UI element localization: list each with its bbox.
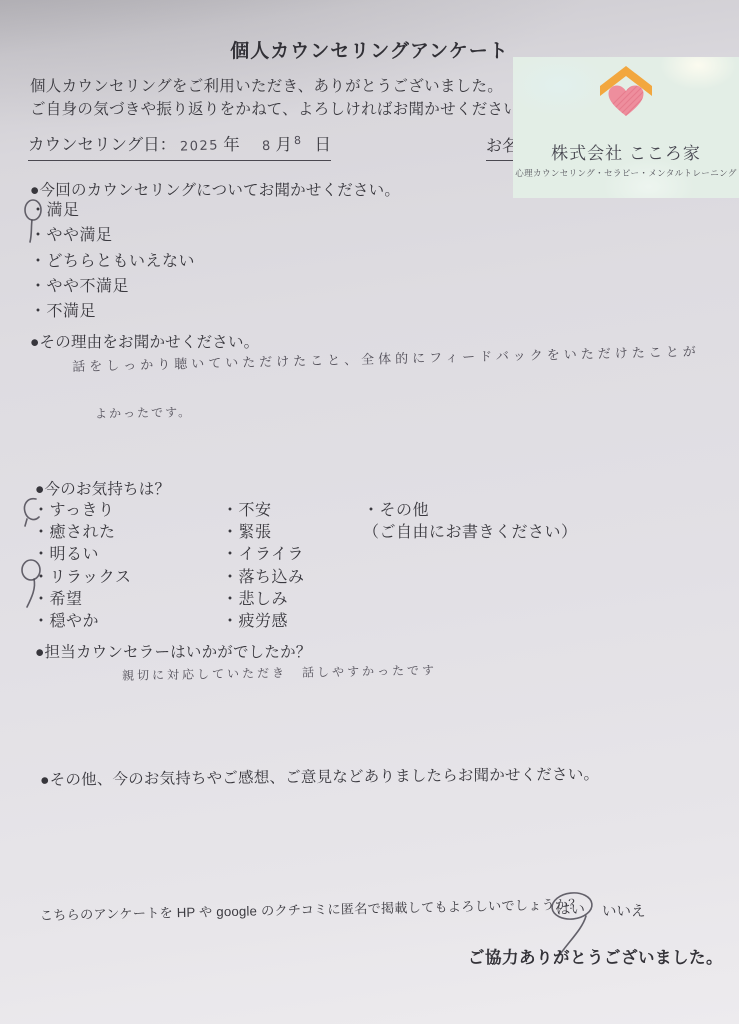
company-tagline: 心理カウンセリング・セラピー・メンタルトレーニング [513,167,739,179]
date-year-unit: 年 [223,131,240,155]
feeling-akarui: ・明るい [33,544,132,566]
feeling-other-label: ・その他 [363,500,578,522]
option-dochira-tomo-ienai: ・どちらともいえない [30,249,195,274]
q-satisfaction-options: ・満足 ・やや満足 ・どちらともいえない ・やや不満足 ・不満足 [30,198,195,324]
publish-permission-question: こちらのアンケートを HP や google のクチコミに匿名で掲載してもよろし… [40,894,582,924]
feeling-sukkiri: ・すっきり [33,500,132,522]
intro-line-2: ご自身の気づきや振り返りをかねて、よろしければお聞かせください。 [30,98,535,121]
handwritten-circle-mark-relax [21,558,47,610]
q-counselor-label: ●担当カウンセラーはいかがでしたか？ [35,640,311,662]
questionnaire-sheet: 個人カウンセリングアンケート 個人カウンセリングをご利用いただき、ありがとうござ… [0,0,739,1024]
handwritten-circle-mark-sukkiri [21,496,47,530]
date-day-unit: 日 [315,131,332,155]
option-manzoku: ・満足 [30,198,195,223]
handwritten-circle-mark-manzoku [22,197,48,245]
intro-text: 個人カウンセリングをご利用いただき、ありがとうございました。 ご自身の気づきや振… [30,75,535,121]
option-fumanzoku: ・不満足 [30,299,195,324]
date-year-value: 2025 [180,138,220,154]
counseling-date-row: カウンセリング日： 2025 年 8 月 8 日 [28,131,331,161]
feeling-free-note: （ご自由にお書きください） [363,522,578,544]
feelings-column-2: ・不安 ・緊張 ・イライラ ・落ち込み ・悲しみ ・疲労感 [222,500,305,633]
feeling-fuan: ・不安 [222,500,305,522]
counselor-answer: 親切に対応していただき 話しやすかったです [122,661,437,683]
counseling-date-label: カウンセリング日： [28,131,176,155]
feeling-iyasareta: ・癒された [33,522,132,544]
option-yaya-manzoku: ・やや満足 [30,223,195,248]
feelings-column-1: ・すっきり ・癒された ・明るい ・リラックス ・希望 ・穏やか [33,500,132,633]
feeling-hiroukan: ・疲労感 [222,611,305,633]
q-satisfaction-label: ●今回のカウンセリングについてお聞かせください。 [30,178,400,200]
reason-answer-line2: よかったです。 [95,403,192,422]
feeling-kanashimi: ・悲しみ [222,589,305,611]
q-other-label: ●その他、今のお気持ちやご感想、ご意見などありましたらお聞かせください。 [40,762,599,790]
q-reason-label: ●その理由をお聞かせください。 [30,330,259,352]
company-logo-card: 株式会社 こころ家 心理カウンセリング・セラピー・メンタルトレーニング [513,57,739,198]
date-month-value: 8 [262,139,272,154]
feeling-iraira: ・イライラ [222,544,305,566]
feeling-relax: ・リラックス [33,567,132,589]
date-day-value: 8 [294,134,303,147]
company-name: 株式会社 こころ家 [513,139,739,164]
feeling-ochikomi: ・落ち込み [222,567,305,589]
q-feelings-label: ●今のお気持ちは？ [35,477,170,499]
thanks-message: ご協力ありがとうございました。 [468,944,723,968]
feeling-odayaka: ・穏やか [33,611,132,633]
option-yaya-fumanzoku: ・やや不満足 [30,274,195,299]
heart-icon [607,84,645,118]
feeling-kinchou: ・緊張 [222,522,305,544]
answer-no-label: いいえ [602,900,646,921]
feeling-kibou: ・希望 [33,589,132,611]
feelings-column-3: ・その他 （ご自由にお書きください） [363,500,578,544]
intro-line-1: 個人カウンセリングをご利用いただき、ありがとうございました。 [30,75,535,98]
date-month-unit: 月 [276,131,293,155]
